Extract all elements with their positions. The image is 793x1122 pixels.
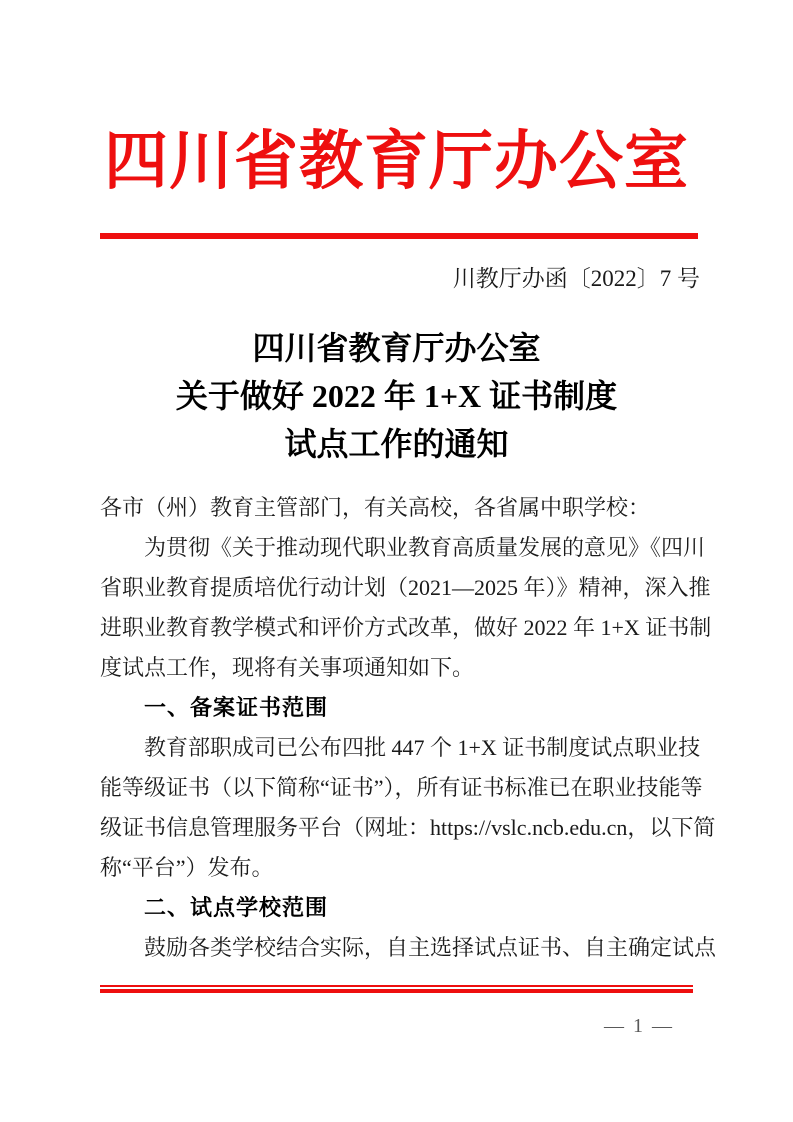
body-line: 度试点工作，现将有关事项通知如下。	[100, 648, 698, 688]
section-heading-2: 二、试点学校范围	[100, 888, 698, 928]
section-heading-1: 一、备案证书范围	[100, 688, 698, 728]
doc-reference-number: 川教厅办函〔2022〕7 号	[100, 262, 700, 296]
notice-body: 各市（州）教育主管部门，有关高校，各省属中职学校： 为贯彻《关于推动现代职业教育…	[100, 488, 698, 968]
notice-title-line-2: 关于做好 2022 年 1+X 证书制度	[0, 372, 793, 420]
body-line: 鼓励各类学校结合实际，自主选择试点证书、自主确定试点	[100, 928, 698, 968]
page-number: — 1 —	[604, 1014, 674, 1038]
footer-separator-thick-line	[100, 989, 693, 993]
body-line: 级证书信息管理服务平台（网址：https://vslc.ncb.edu.cn，以…	[100, 808, 698, 848]
letterhead-separator-line	[100, 233, 698, 239]
body-line: 省职业教育提质培优行动计划（2021—2025 年）》精神，深入推	[100, 568, 698, 608]
document-page: 四川省教育厅办公室 川教厅办函〔2022〕7 号 四川省教育厅办公室 关于做好 …	[0, 0, 793, 1122]
body-line: 为贯彻《关于推动现代职业教育高质量发展的意见》《四川	[100, 528, 698, 568]
footer-separator-line	[100, 985, 693, 993]
body-line: 能等级证书（以下简称“证书”），所有证书标准已在职业技能等	[100, 768, 698, 808]
body-line: 称“平台”）发布。	[100, 848, 698, 888]
body-line: 教育部职成司已公布四批 447 个 1+X 证书制度试点职业技	[100, 728, 698, 768]
notice-title-line-3: 试点工作的通知	[0, 420, 793, 468]
letterhead-org-name: 四川省教育厅办公室	[0, 124, 793, 201]
salutation-line: 各市（州）教育主管部门，有关高校，各省属中职学校：	[100, 488, 698, 528]
notice-title: 四川省教育厅办公室 关于做好 2022 年 1+X 证书制度 试点工作的通知	[0, 324, 793, 468]
body-line: 进职业教育教学模式和评价方式改革，做好 2022 年 1+X 证书制	[100, 608, 698, 648]
notice-title-line-1: 四川省教育厅办公室	[0, 324, 793, 372]
